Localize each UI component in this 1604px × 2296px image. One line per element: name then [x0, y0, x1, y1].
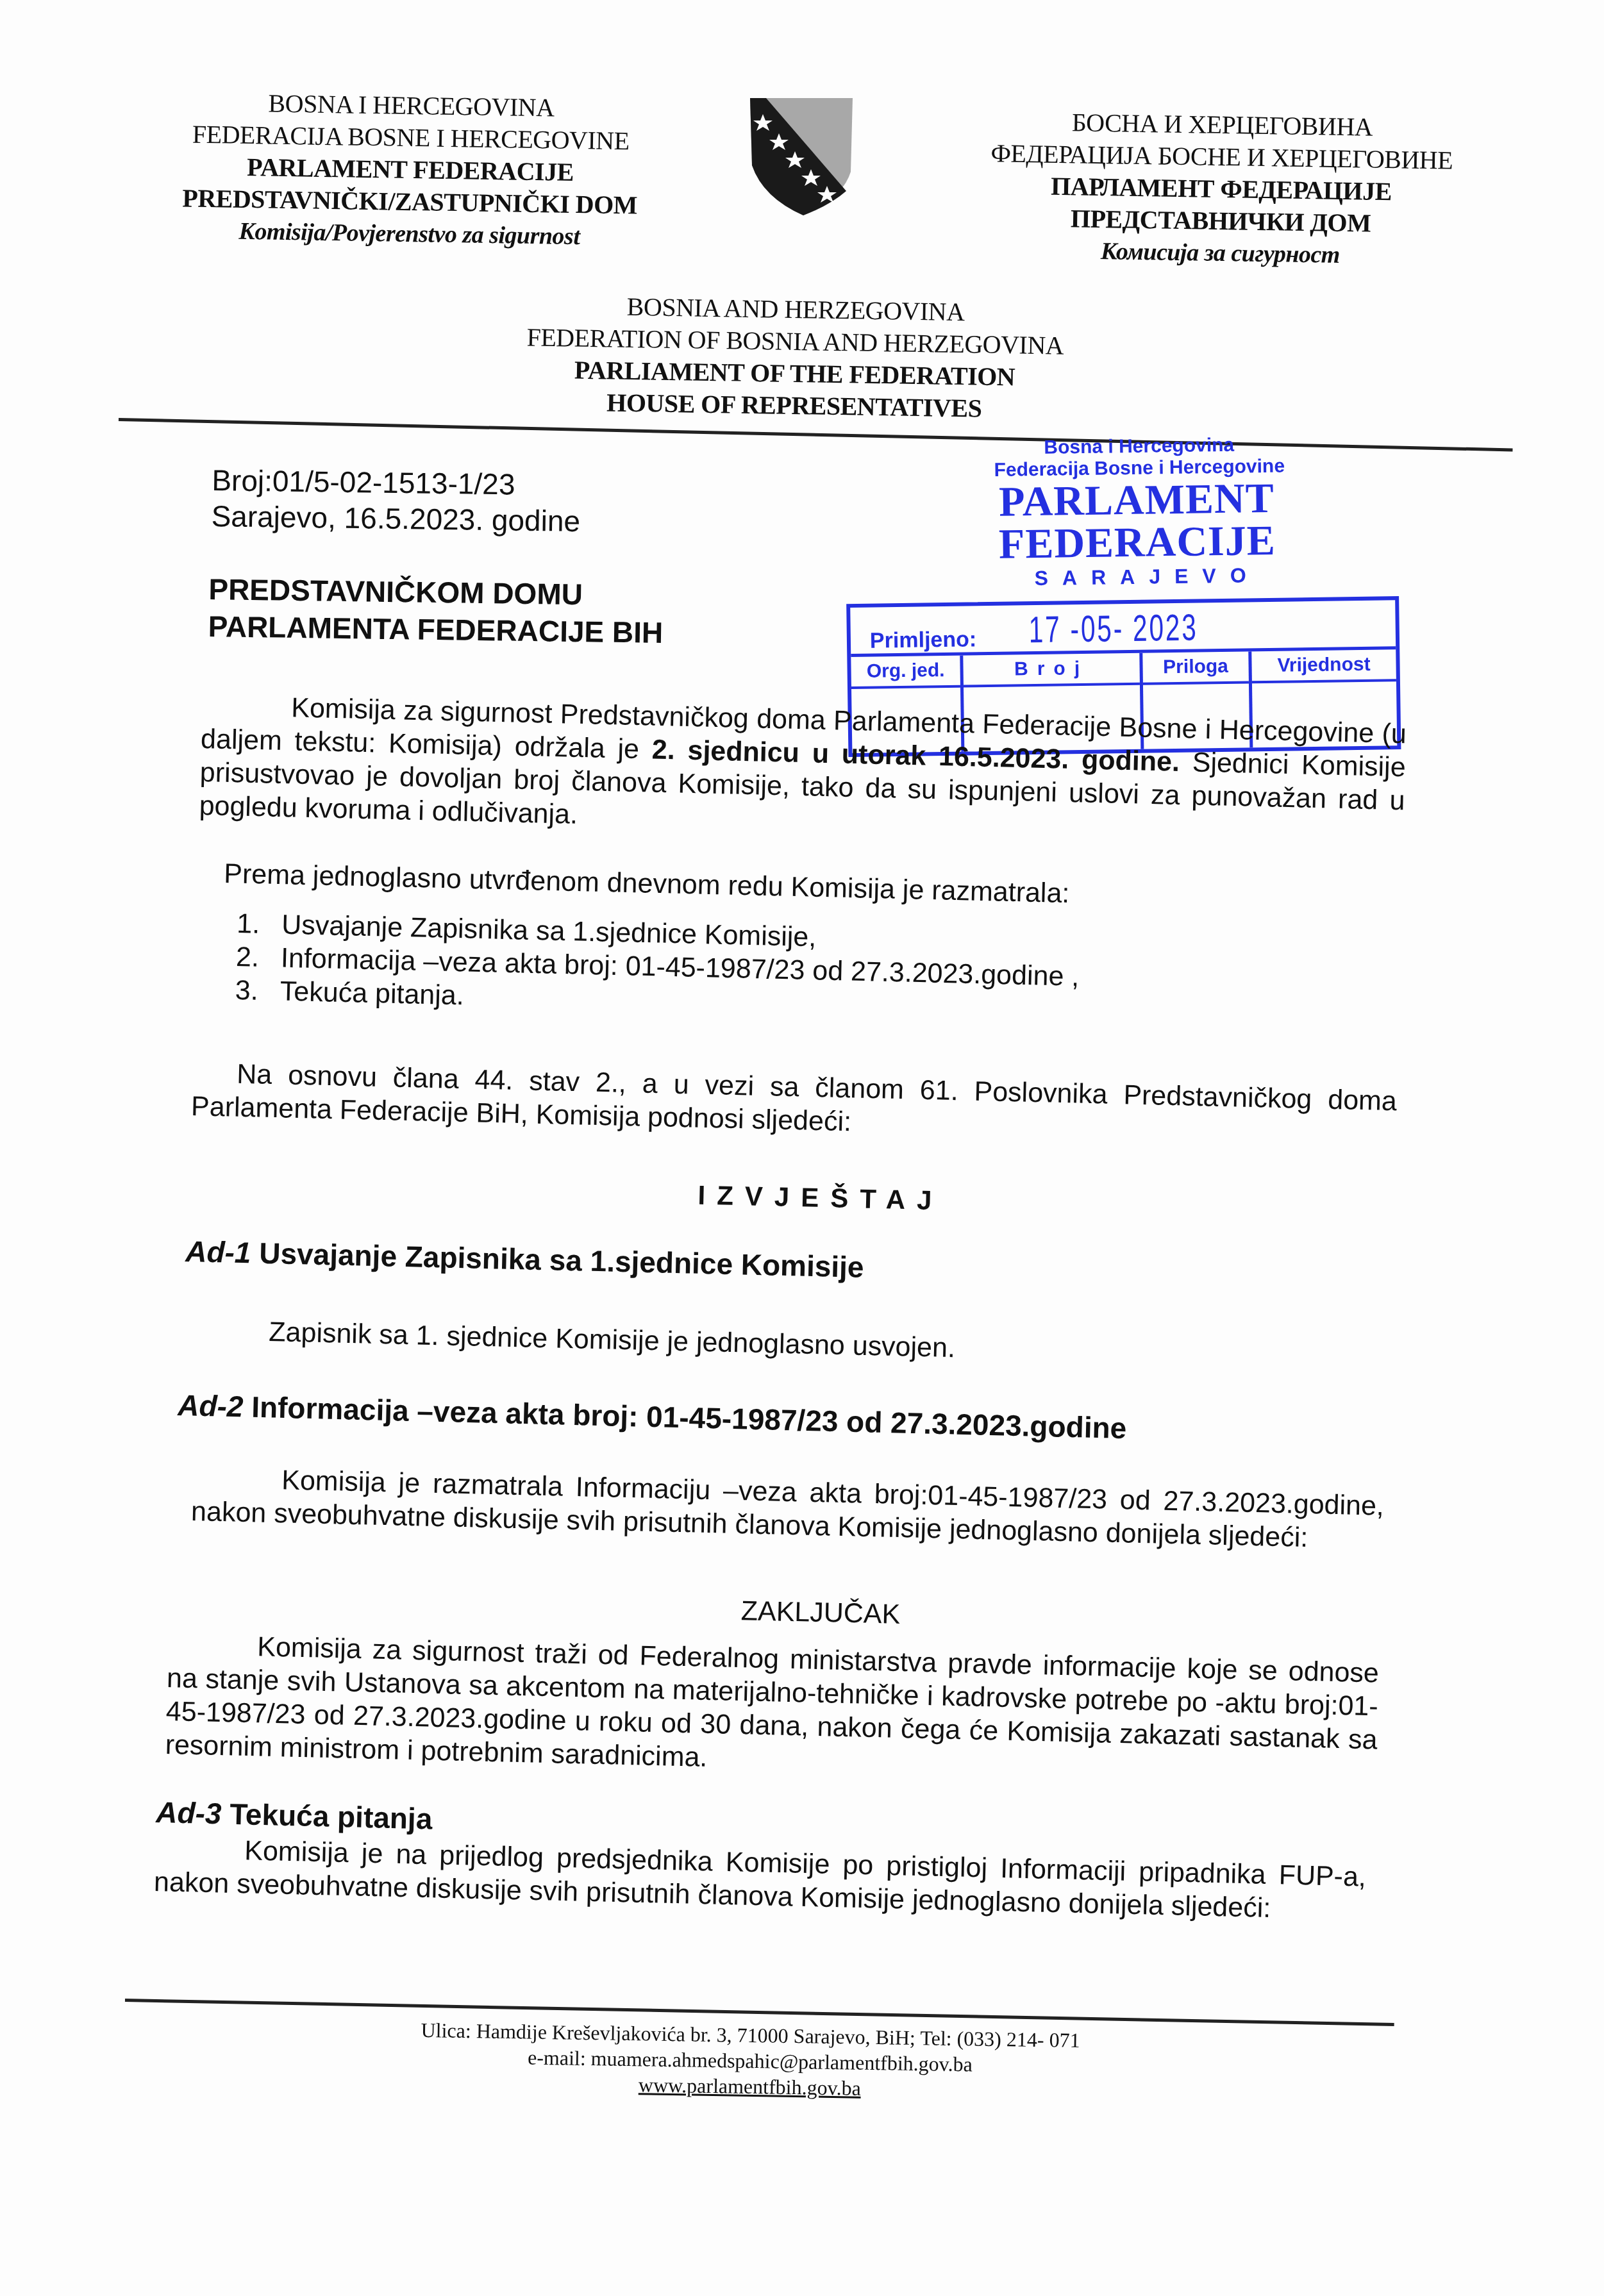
agenda-intro-text: Prema jednoglasno utvrđenom dnevnom redu…	[224, 858, 1070, 909]
document-page: BOSNA I HERCEGOVINA FEDERACIJA BOSNE I H…	[0, 0, 1604, 2296]
stamp-received-date: 17 -05- 2023	[1010, 606, 1198, 651]
agenda-intro: Prema jednoglasno utvrđenom dnevnom redu…	[224, 857, 1378, 917]
report-title: IZVJEŠTAJ	[692, 1179, 949, 1216]
agenda-item-text: Tekuća pitanja.	[280, 975, 464, 1013]
section-prefix: Ad-1	[185, 1235, 251, 1269]
letterhead-english: BOSNIA AND HERZEGOVINA FEDERATION OF BOS…	[486, 288, 1103, 426]
section-body: Zapisnik sa 1. sjednice Komisije je jedn…	[269, 1315, 1231, 1371]
intro-paragraph: Komisija za sigurnost Predstavničkog dom…	[199, 689, 1407, 851]
letterhead-bosnian: BOSNA I HERCEGOVINA FEDERACIJA BOSNE I H…	[159, 86, 662, 254]
stamp-column-header: Priloga	[1142, 651, 1249, 685]
stamp-column-header: Vrijednost	[1251, 649, 1396, 683]
agenda-item-number: 2.	[236, 940, 281, 975]
legal-basis-text: Na osnovu člana 44. stav 2., a u vezi sa…	[191, 1059, 1398, 1138]
section-body: Komisija je razmatrala Informaciju –veza…	[191, 1461, 1385, 1556]
stamp-title: PARLAMENT FEDERACIJE	[864, 476, 1410, 568]
section-title: Informacija –veza akta broj: 01-45-1987/…	[251, 1390, 1127, 1445]
addressee-line: PREDSTAVNIČKOM DOMU	[208, 570, 664, 614]
stamp-column-header: Org. jed.	[851, 656, 960, 689]
section-body-text: Komisija je na prijedlog predsjednika Ko…	[154, 1835, 1367, 1924]
stamp-received-row: Primljeno: 17 -05- 2023	[850, 600, 1396, 657]
section-heading: Ad-3 Tekuća pitanja	[156, 1795, 433, 1836]
agenda-list: 1.Usvajanje Zapisnika sa 1.sjednice Komi…	[235, 907, 1326, 1033]
letterhead-cyrillic: БОСНА И ХЕРЦЕГОВИНА ФЕДЕРАЦИЈА БОСНЕ И Х…	[954, 104, 1489, 273]
reference-number: Broj:01/5-02-1513-1/23	[212, 462, 581, 503]
agenda-item-number: 3.	[235, 974, 280, 1008]
footer-contact: Ulica: Hamdije Kreševljakovića br. 3, 71…	[333, 2016, 1167, 2106]
legal-basis-paragraph: Na osnovu člana 44. stav 2., a u vezi sa…	[191, 1056, 1398, 1151]
section-heading: Ad-1 Usvajanje Zapisnika sa 1.sjednice K…	[185, 1234, 864, 1285]
addressee-block: PREDSTAVNIČKOM DOMU PARLAMENTA FEDERACIJ…	[208, 570, 664, 651]
section-prefix: Ad-3	[156, 1795, 222, 1830]
section-title: Usvajanje Zapisnika sa 1.sjednice Komisi…	[259, 1236, 864, 1284]
section-title: Tekuća pitanja	[230, 1797, 433, 1836]
reference-place-date: Sarajevo, 16.5.2023. godine	[211, 498, 580, 539]
reference-block: Broj:01/5-02-1513-1/23 Sarajevo, 16.5.20…	[211, 462, 581, 539]
addressee-line: PARLAMENTA FEDERACIJE BIH	[208, 608, 663, 651]
stamp-column-header: Broj	[963, 653, 1140, 688]
conclusion-paragraph: Komisija za sigurnost traži od Federalno…	[165, 1628, 1379, 1790]
section-heading: Ad-2 Informacija –veza akta broj: 01-45-…	[178, 1388, 1127, 1445]
section-body-text: Zapisnik sa 1. sjednice Komisije je jedn…	[269, 1317, 956, 1363]
bih-coat-of-arms-icon	[747, 95, 856, 217]
stamp-received-label: Primljeno:	[851, 627, 1012, 654]
section-prefix: Ad-2	[178, 1388, 244, 1423]
conclusion-text: Komisija za sigurnost traži od Federalno…	[165, 1631, 1379, 1773]
conclusion-title: ZAKLJUČAK	[692, 1593, 949, 1632]
section-body-text: Komisija je razmatrala Informaciju –veza…	[191, 1465, 1385, 1553]
agenda-item-number: 1.	[237, 907, 282, 942]
section-body: Komisija je na prijedlog predsjednika Ko…	[154, 1832, 1367, 1927]
